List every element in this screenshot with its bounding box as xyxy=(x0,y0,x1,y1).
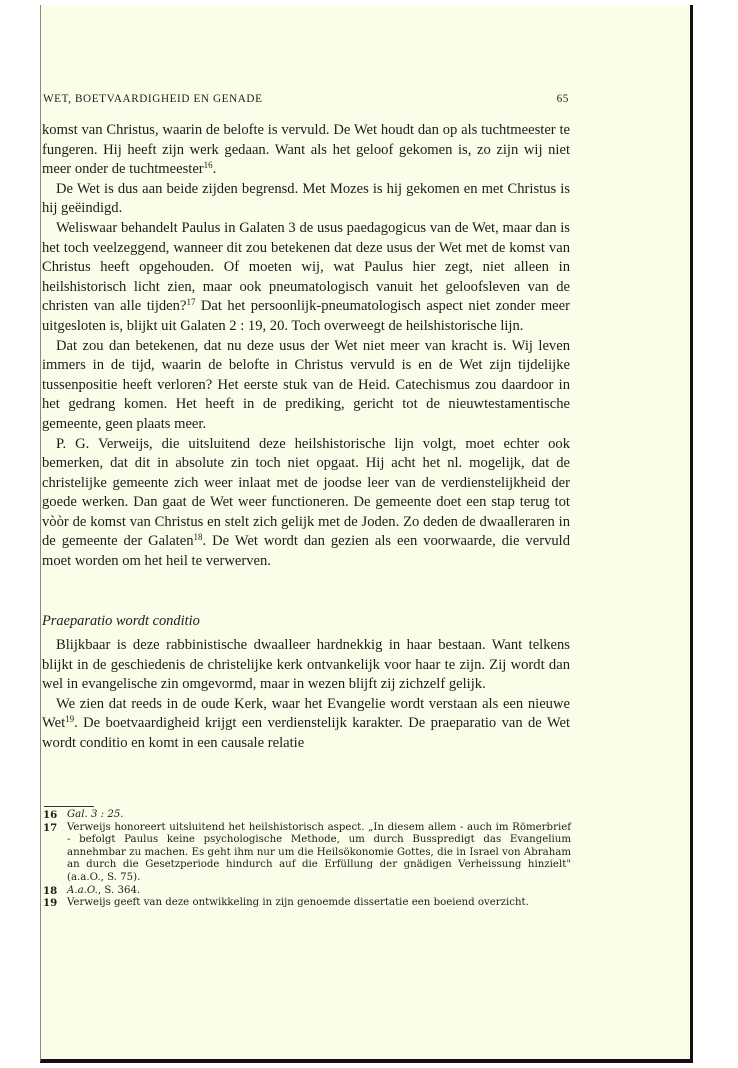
footnote-number: 16 xyxy=(43,809,67,822)
page-number: 65 xyxy=(557,93,569,105)
footnote-text: Gal. 3 : 25. xyxy=(67,809,571,822)
footnote-16: 16 Gal. 3 : 25. xyxy=(43,809,571,822)
paragraph: Dat zou dan betekenen, dat nu deze usus … xyxy=(42,337,570,435)
footnote-text: Verweijs honoreert uitsluitend het heils… xyxy=(67,822,571,885)
running-head: WET, BOETVAARDIGHEID EN GENADE 65 xyxy=(43,93,569,105)
paragraph: De Wet is dus aan beide zijden begrensd.… xyxy=(42,180,570,219)
running-head-title: WET, BOETVAARDIGHEID EN GENADE xyxy=(43,93,263,105)
footnotes: 16 Gal. 3 : 25. 17 Verweijs honoreert ui… xyxy=(43,809,571,910)
footnote-number: 17 xyxy=(43,822,67,885)
paragraph: komst van Christus, waarin de belofte is… xyxy=(42,121,570,180)
footnote-divider xyxy=(44,806,94,807)
paragraph: Blijkbaar is deze rabbinistische dwaalle… xyxy=(42,636,570,695)
footnote-ref[interactable]: 19 xyxy=(65,714,74,724)
paragraph: We zien dat reeds in de oude Kerk, waar … xyxy=(42,695,570,754)
footnote-number: 18 xyxy=(43,885,67,898)
body-text-section-1: komst van Christus, waarin de belofte is… xyxy=(42,121,570,572)
footnote-17: 17 Verweijs honoreert uitsluitend het he… xyxy=(43,822,571,885)
footnote-number: 19 xyxy=(43,897,67,910)
footnote-ref[interactable]: 18 xyxy=(194,532,203,542)
footnote-text: A.a.O., S. 364. xyxy=(67,885,571,898)
body-text-section-2: Blijkbaar is deze rabbinistische dwaalle… xyxy=(42,636,570,754)
section-heading: Praeparatio wordt conditio xyxy=(42,613,200,630)
paragraph: Weliswaar behandelt Paulus in Galaten 3 … xyxy=(42,219,570,337)
footnote-18: 18 A.a.O., S. 364. xyxy=(43,885,571,898)
footnote-ref[interactable]: 16 xyxy=(204,160,213,170)
footnote-text: Verweijs geeft van deze ontwikkeling in … xyxy=(67,897,571,910)
footnote-19: 19 Verweijs geeft van deze ontwikkeling … xyxy=(43,897,571,910)
paragraph: P. G. Verweijs, die uitsluitend deze hei… xyxy=(42,435,570,572)
